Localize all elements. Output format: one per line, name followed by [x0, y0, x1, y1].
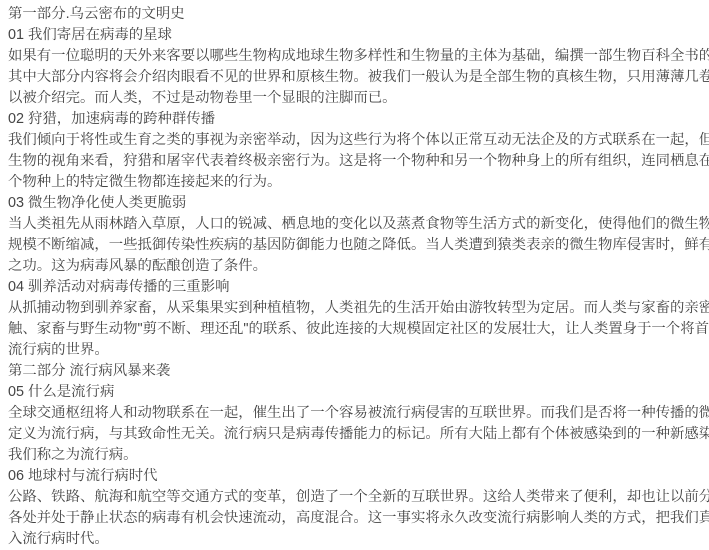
paragraph-line: 当人类祖先从雨林踏入草原，人口的锐减、栖息地的变化以及蒸煮食物等生活方式的新变化…: [8, 214, 703, 235]
chapter-heading: 05 什么是流行病: [8, 382, 703, 403]
document-text-view: 第一部分.乌云密布的文明史01 我们寄居在病毒的星球如果有一位聪明的天外来客要以…: [0, 0, 709, 550]
paragraph-line: 各处并处于静止状态的病毒有机会快速流动，高度混合。这一事实将永久改变流行病影响人…: [8, 508, 703, 529]
paragraph-line: 流行病的世界。: [8, 340, 703, 361]
paragraph-line: 个物种上的特定微生物都连接起来的行为。: [8, 172, 703, 193]
paragraph-line: 从抓捕动物到驯养家畜，从采集果实到种植植物，人类祖先的生活开始由游牧转型为定居。…: [8, 298, 703, 319]
chapter-heading: 03 微生物净化使人类更脆弱: [8, 193, 703, 214]
chapter-heading: 06 地球村与流行病时代: [8, 466, 703, 487]
chapter-heading: 04 驯养活动对病毒传播的三重影响: [8, 277, 703, 298]
paragraph-line: 入流行病时代。: [8, 529, 703, 550]
paragraph-line: 以被介绍完。而人类，不过是动物卷里一个显眼的注脚而已。: [8, 88, 703, 109]
paragraph-line: 公路、铁路、航海和航空等交通方式的变革，创造了一个全新的互联世界。这给人类带来了…: [8, 487, 703, 508]
paragraph-line: 我们称之为流行病。: [8, 445, 703, 466]
paragraph-line: 其中大部分内容将会介绍肉眼看不见的世界和原核生物。被我们一般认为是全部生物的真核…: [8, 67, 703, 88]
paragraph-line: 我们倾向于将性或生育之类的事视为亲密举动，因为这些行为将个体以正常互动无法企及的…: [8, 130, 703, 151]
paragraph-line: 全球交通枢纽将人和动物联系在一起，催生出了一个容易被流行病侵害的互联世界。而我们…: [8, 403, 703, 424]
chapter-heading: 01 我们寄居在病毒的星球: [8, 25, 703, 46]
paragraph-line: 规模不断缩减，一些抵御传染性疾病的基因防御能力也随之降低。当人类遭到猿类表亲的微…: [8, 235, 703, 256]
paragraph-line: 如果有一位聪明的天外来客要以哪些生物构成地球生物多样性和生物量的主体为基础，编撰…: [8, 46, 703, 67]
paragraph-line: 生物的视角来看，狩猎和屠宰代表着终极亲密行为。这是将一个物种和另一个物种身上的所…: [8, 151, 703, 172]
paragraph-line: 定义为流行病，与其致命性无关。流行病只是病毒传播能力的标记。所有大陆上都有个体被…: [8, 424, 703, 445]
paragraph-line: 之功。这为病毒风暴的酝酿创造了条件。: [8, 256, 703, 277]
part-heading: 第一部分.乌云密布的文明史: [8, 4, 703, 25]
chapter-heading: 02 狩猎，加速病毒的跨种群传播: [8, 109, 703, 130]
paragraph-line: 触、家畜与野生动物"剪不断、理还乱"的联系、彼此连接的大规模固定社区的发展壮大，…: [8, 319, 703, 340]
part-heading: 第二部分 流行病风暴来袭: [8, 361, 703, 382]
